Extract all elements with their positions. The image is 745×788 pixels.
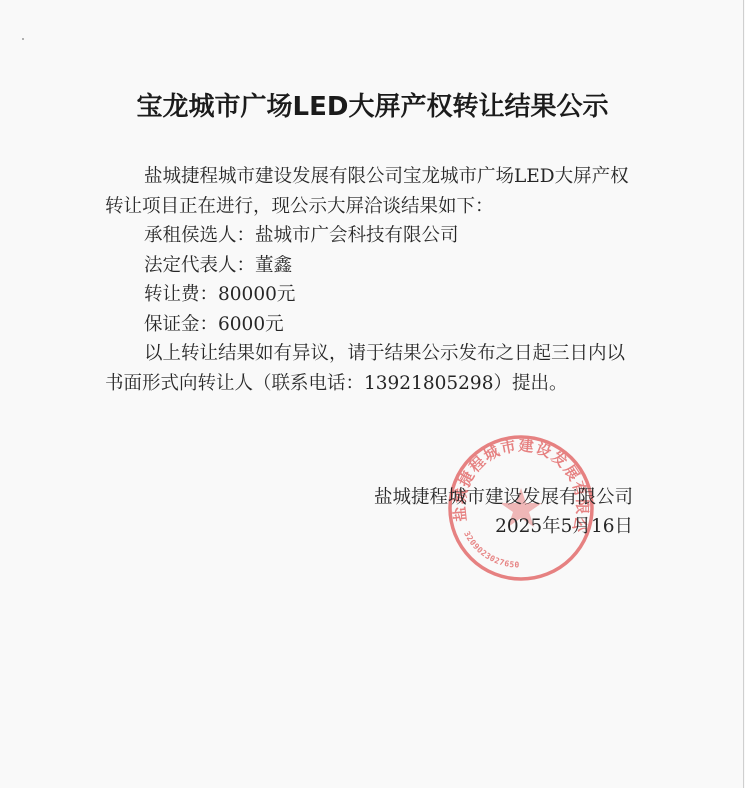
intro-paragraph: 盐城捷程城市建设发展有限公司宝龙城市广场LED大屏产权转让项目正在进行，现公示大… [105, 162, 630, 221]
scan-speck [22, 38, 24, 40]
field-label: 转让费： [144, 284, 218, 305]
field-label: 法定代表人： [144, 255, 255, 276]
signature-date: 2025年5月16日 [374, 512, 633, 541]
signature-block: 盐城捷程城市建设发展有限公司 2025年5月16日 [374, 483, 633, 541]
field-legal-representative: 法定代表人：董鑫 [105, 251, 630, 281]
field-value: 6000元 [218, 314, 284, 335]
signature-company: 盐城捷程城市建设发展有限公司 [374, 483, 633, 512]
document-body: 盐城捷程城市建设发展有限公司宝龙城市广场LED大屏产权转让项目正在进行，现公示大… [105, 162, 630, 398]
field-label: 承租侯选人： [144, 225, 255, 246]
field-value: 董鑫 [255, 255, 292, 276]
field-value: 盐城市广会科技有限公司 [255, 225, 459, 246]
field-candidate: 承租侯选人：盐城市广会科技有限公司 [105, 221, 630, 251]
document-title: 宝龙城市广场LED大屏产权转让结果公示 [0, 86, 745, 123]
field-label: 保证金： [144, 314, 218, 335]
field-transfer-fee: 转让费：80000元 [105, 280, 630, 310]
field-deposit: 保证金：6000元 [105, 310, 630, 340]
field-value: 80000元 [218, 284, 295, 305]
notice-paragraph: 以上转让结果如有异议，请于结果公示发布之日起三日内以书面形式向转让人（联系电话：… [105, 339, 630, 398]
